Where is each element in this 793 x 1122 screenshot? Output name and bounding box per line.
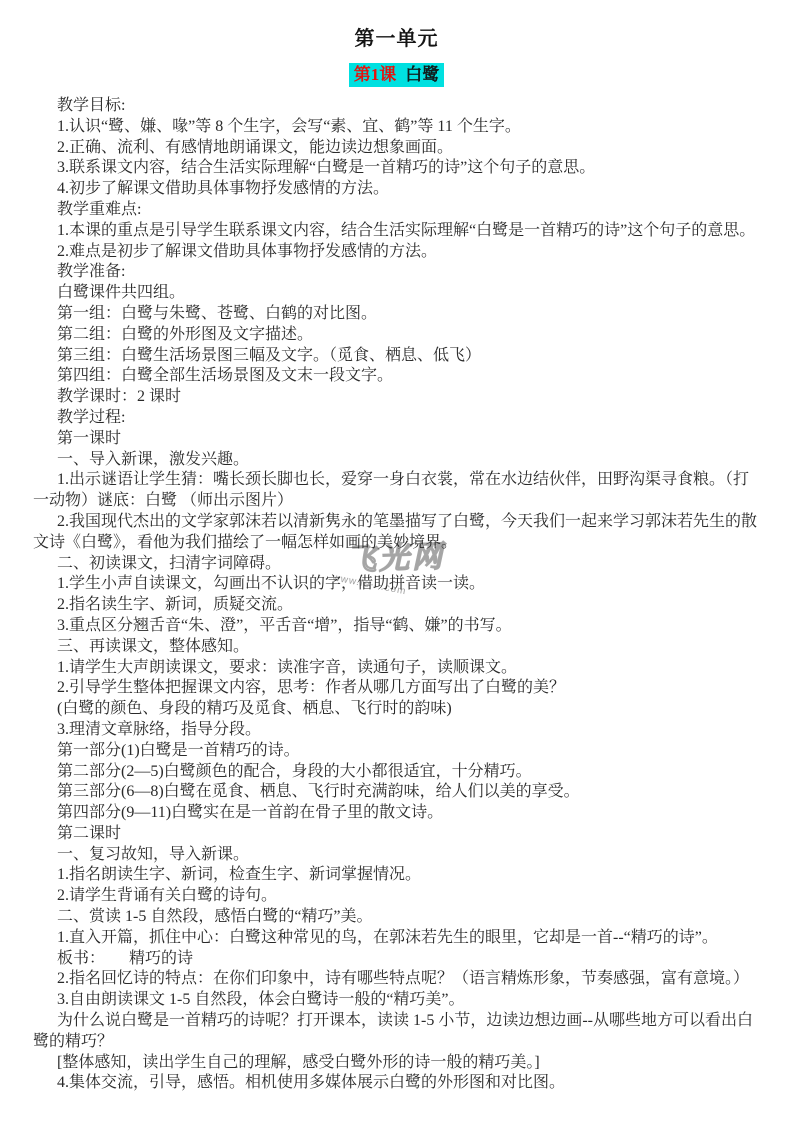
paragraph: 3.重点区分翘舌音“朱、澄”，平舌音“增”，指导“鹤、嫌”的书写。	[33, 616, 763, 637]
paragraph: 3.理清文章脉络，指导分段。	[33, 720, 763, 741]
paragraph: 4.初步了解课文借助具体事物抒发感情的方法。	[33, 179, 763, 200]
document-body: 教学目标:1.认识“鹭、嫌、喙”等 8 个生字，会写“素、宜、鹤”等 11 个生…	[33, 96, 763, 1094]
paragraph: 3.自由朗读课文 1-5 自然段，体会白鹭诗一般的“精巧美”。	[33, 990, 763, 1011]
paragraph: 板书： 精巧的诗	[33, 949, 763, 970]
paragraph: 1.指名朗读生字、新词，检查生字、新词掌握情况。	[33, 865, 763, 886]
paragraph: 教学课时：2 课时	[33, 387, 763, 408]
paragraph: 一、导入新课，激发兴趣。	[33, 450, 763, 471]
paragraph: 第一部分(1)白鹭是一首精巧的诗。	[33, 741, 763, 762]
paragraph: 2.指名回忆诗的特点：在你们印象中，诗有哪些特点呢？（语言精炼形象，节奏感强，富…	[33, 969, 763, 990]
paragraph: 1.请学生大声朗读课文，要求：读准字音，读通句子，读顺课文。	[33, 658, 763, 679]
paragraph: (白鹭的颜色、身段的精巧及觅食、栖息、飞行时的韵味)	[33, 699, 763, 720]
paragraph: 2.我国现代杰出的文学家郭沫若以清新隽永的笔墨描写了白鹭，今天我们一起来学习郭沫…	[33, 512, 763, 554]
paragraph: 1.学生小声自读课文，勾画出不认识的字，借助拼音读一读。	[33, 574, 763, 595]
paragraph: 二、初读课文，扫清字词障碍。	[33, 554, 763, 575]
paragraph: [整体感知，读出学生自己的理解，感受白鹭外形的诗一般的精巧美。]	[33, 1053, 763, 1074]
paragraph: 第二部分(2—5)白鹭颜色的配合，身段的大小都很适宜，十分精巧。	[33, 762, 763, 783]
paragraph: 教学重难点:	[33, 200, 763, 221]
paragraph: 为什么说白鹭是一首精巧的诗呢？打开课本，读读 1-5 小节，边读边想边画--从哪…	[33, 1011, 763, 1053]
paragraph: 第四组：白鹭全部生活场景图及文末一段文字。	[33, 366, 763, 387]
paragraph: 教学准备:	[33, 262, 763, 283]
paragraph: 2.正确、流利、有感情地朗诵课文，能边读边想象画面。	[33, 138, 763, 159]
paragraph: 4.集体交流，引导，感悟。相机使用多媒体展示白鹭的外形图和对比图。	[33, 1073, 763, 1094]
paragraph: 第三部分(6—8)白鹭在觅食、栖息、飞行时充满韵味，给人们以美的享受。	[33, 782, 763, 803]
paragraph: 2.指名读生字、新词，质疑交流。	[33, 595, 763, 616]
paragraph: 3.联系课文内容，结合生活实际理解“白鹭是一首精巧的诗”这个句子的意思。	[33, 158, 763, 179]
paragraph: 第二课时	[33, 824, 763, 845]
paragraph: 教学目标:	[33, 96, 763, 117]
paragraph: 二、赏读 1-5 自然段，感悟白鹭的“精巧”美。	[33, 907, 763, 928]
paragraph: 1.认识“鹭、嫌、喙”等 8 个生字，会写“素、宜、鹤”等 11 个生字。	[33, 117, 763, 138]
paragraph: 2.请学生背诵有关白鹭的诗句。	[33, 886, 763, 907]
paragraph: 第二组：白鹭的外形图及文字描述。	[33, 325, 763, 346]
paragraph: 1.直入开篇，抓住中心：白鹭这种常见的鸟，在郭沫若先生的眼里，它却是一首--“精…	[33, 928, 763, 949]
paragraph: 教学过程:	[33, 408, 763, 429]
paragraph: 第一组：白鹭与朱鹭、苍鹭、白鹤的对比图。	[33, 304, 763, 325]
lesson-heading: 第1课白鹭	[0, 63, 793, 87]
paragraph: 第四部分(9—11)白鹭实在是一首韵在骨子里的散文诗。	[33, 803, 763, 824]
paragraph: 第一课时	[33, 429, 763, 450]
paragraph: 三、再读课文，整体感知。	[33, 637, 763, 658]
paragraph: 白鹭课件共四组。	[33, 283, 763, 304]
paragraph: 1.本课的重点是引导学生联系课文内容，结合生活实际理解“白鹭是一首精巧的诗”这个…	[33, 221, 763, 242]
paragraph: 2.引导学生整体把握课文内容，思考：作者从哪几方面写出了白鹭的美？	[33, 678, 763, 699]
paragraph: 第三组：白鹭生活场景图三幅及文字。（觅食、栖息、低飞）	[33, 346, 763, 367]
unit-title: 第一单元	[0, 22, 793, 51]
lesson-name: 白鹭	[405, 65, 439, 84]
paragraph: 1.出示谜语让学生猜：嘴长颈长脚也长，爱穿一身白衣裳，常在水边结伙伴，田野沟渠寻…	[33, 470, 763, 512]
paragraph: 2.难点是初步了解课文借助具体事物抒发感情的方法。	[33, 242, 763, 263]
document-page: 第一单元 第1课白鹭 飞光网 www.fe⋯.com 教学目标:1.认识“鹭、嫌…	[0, 0, 793, 1122]
lesson-number: 第1课	[354, 65, 397, 84]
lesson-badge: 第1课白鹭	[349, 63, 445, 87]
paragraph: 一、复习故知，导入新课。	[33, 845, 763, 866]
